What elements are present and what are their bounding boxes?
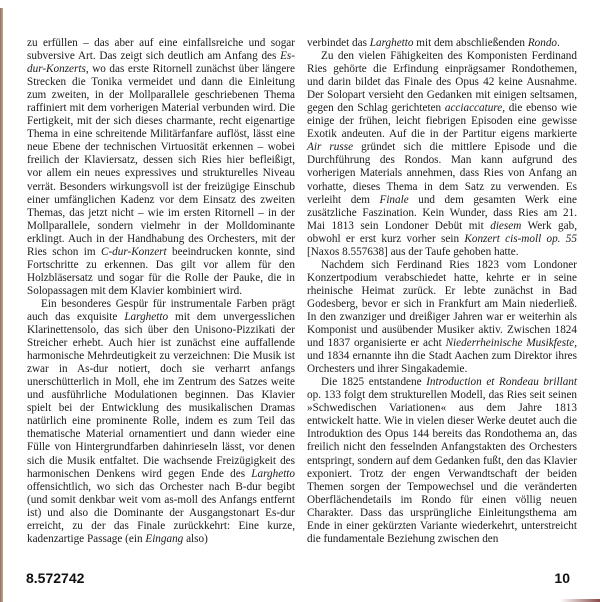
page-edge-shadow bbox=[0, 8, 3, 602]
italic-title: Finale bbox=[379, 194, 408, 206]
paragraph: zu erfüllen – das aber auf eine einfalls… bbox=[27, 37, 295, 298]
italic-title: acciaccature bbox=[445, 102, 502, 114]
italic-title: Niederrheinische Musikfeste bbox=[446, 337, 575, 349]
text-run: mit dem unvergesslichen Klarinettensolo,… bbox=[27, 311, 295, 480]
paragraph: Die 1825 entstandene Introduction et Ron… bbox=[307, 376, 577, 546]
text-run: , wo das erste Ritornell zunächst über l… bbox=[27, 63, 295, 258]
right-text-column: verbindet das Larghetto mit dem abschlie… bbox=[307, 37, 577, 546]
italic-title: Air russe bbox=[307, 141, 353, 153]
text-run: mit dem abschließenden bbox=[413, 37, 527, 49]
italic-title: Introduction et Rondeau brillant bbox=[426, 376, 577, 388]
paragraph: verbindet das Larghetto mit dem abschlie… bbox=[307, 37, 577, 50]
text-run: op. 133 folgt dem strukturellen Modell, … bbox=[307, 389, 577, 545]
text-run: zu erfüllen – das aber auf eine einfalls… bbox=[27, 37, 295, 62]
italic-title: Rondo bbox=[528, 37, 557, 49]
text-run: Nachdem sich Ferdinand Ries 1823 vom Lon… bbox=[307, 259, 577, 349]
italic-title: Larghetto bbox=[251, 468, 295, 480]
paragraph: Ein besonderes Gespür für instrumentale … bbox=[27, 298, 295, 546]
italic-title: Larghetto bbox=[124, 311, 168, 323]
text-run: [Naxos 8.557638] aus der Taufe gehoben h… bbox=[307, 246, 519, 258]
italic-title: Eingang bbox=[145, 533, 183, 545]
left-text-column: zu erfüllen – das aber auf eine einfalls… bbox=[27, 37, 295, 546]
italic-title: C-dur-Konzert bbox=[101, 246, 167, 258]
paragraph: Nachdem sich Ferdinand Ries 1823 vom Lon… bbox=[307, 259, 577, 376]
italic-title: Larghetto bbox=[370, 37, 414, 49]
text-run: Die 1825 entstandene bbox=[321, 376, 426, 388]
italic-title: Konzert cis-moll op. 55 bbox=[464, 233, 577, 245]
text-run: verbindet das bbox=[307, 37, 370, 49]
paragraph: Zu den vielen Fähigkeiten des Komponiste… bbox=[307, 50, 577, 259]
text-run: also) bbox=[183, 533, 208, 545]
catalog-number: 8.572742 bbox=[26, 570, 84, 586]
italic-title: diesem bbox=[490, 220, 521, 232]
page-number: 10 bbox=[554, 570, 570, 586]
text-run: . bbox=[557, 37, 560, 49]
